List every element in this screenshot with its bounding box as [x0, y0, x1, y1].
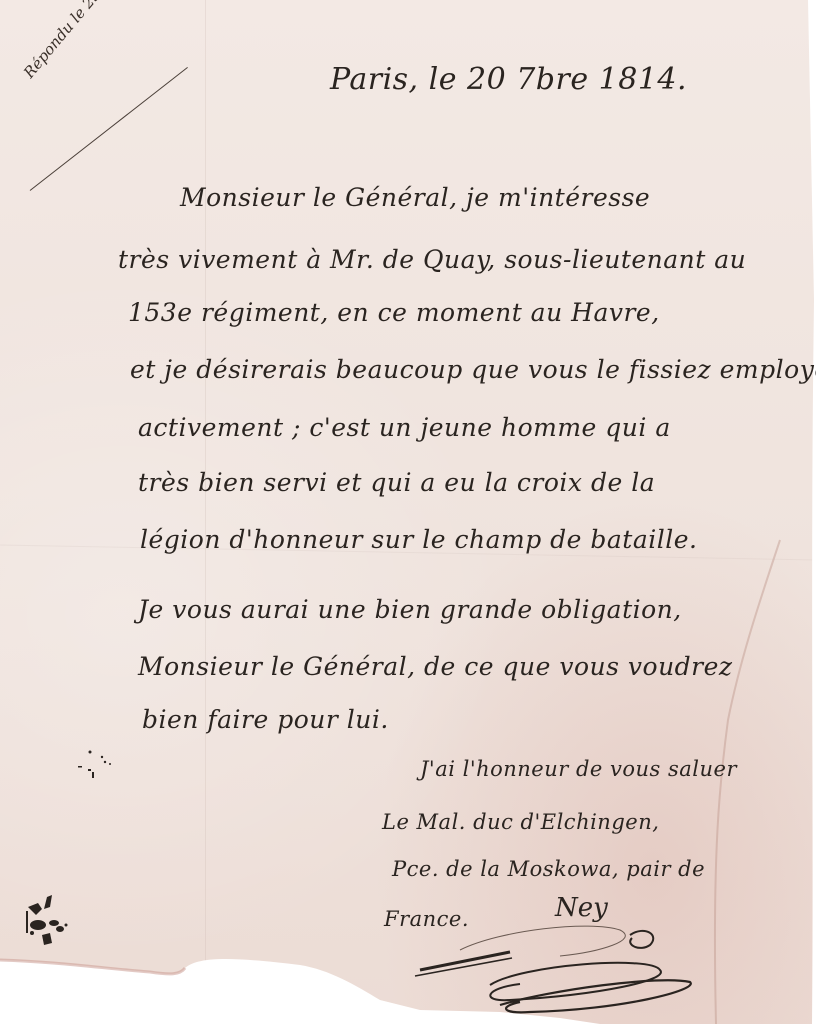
body-line-8: Je vous aurai une bien grande obligation… — [138, 595, 682, 624]
body-line-10: bien faire pour lui. — [142, 705, 389, 734]
body-line-1: Monsieur le Général, je m'intéresse — [180, 183, 650, 212]
body-line-5: activement ; c'est un jeune homme qui a — [138, 413, 671, 442]
body-line-3: 153e régiment, en ce moment au Havre, — [128, 298, 660, 327]
date-line: Paris, le 20 7bre 1814. — [330, 62, 687, 97]
ink-specks — [75, 740, 125, 780]
body-line-2: très vivement à Mr. de Quay, sous-lieute… — [118, 245, 746, 274]
ink-stain — [22, 895, 82, 955]
signature: Ney — [555, 893, 608, 923]
closing-prince-line: Pce. de la Moskowa, pair de — [392, 857, 705, 881]
body-line-4: et je désirerais beaucoup que vous le fi… — [130, 355, 816, 384]
closing-title-line: Le Mal. duc d'Elchingen, — [382, 810, 659, 834]
paper-fold-line — [205, 0, 206, 1000]
body-line-6: très bien servi et qui a eu la croix de … — [138, 468, 655, 497]
body-line-7: légion d'honneur sur le champ de bataill… — [140, 525, 697, 554]
closing-salutation: J'ai l'honneur de vous saluer — [420, 757, 737, 781]
closing-france-line: France. — [384, 907, 469, 931]
body-line-9: Monsieur le Général, de ce que vous voud… — [138, 652, 733, 681]
